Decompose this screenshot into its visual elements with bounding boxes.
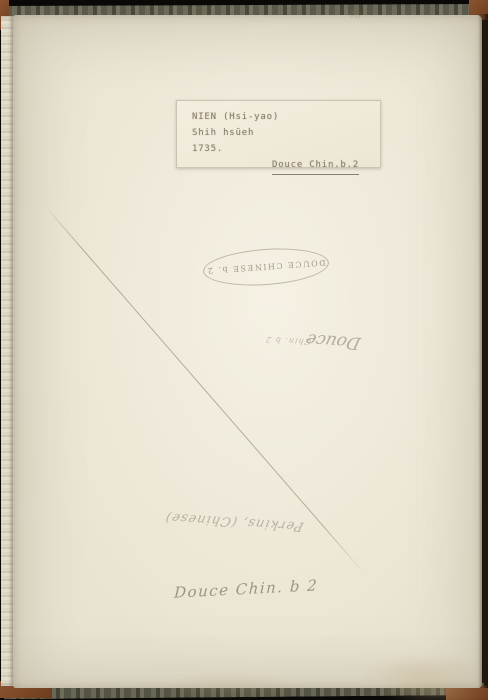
- oval-shelfmark-stamp: DOUCE CHINESE b. 2: [202, 245, 330, 290]
- leather-corner-bottom-right: [446, 686, 488, 700]
- flyleaf-page: NIEN (Hsi-yao) Shih hsüeh 1735. Douce Ch…: [13, 15, 482, 688]
- stamp-text: DOUCE CHINESE b. 2: [206, 258, 326, 275]
- book-right-edge-shadow: [478, 14, 488, 688]
- label-title-line: Shih hsüeh: [192, 125, 370, 141]
- label-shelfmark: Douce Chin.b.2: [272, 157, 359, 175]
- label-author-line: NIEN (Hsi-yao): [192, 109, 370, 125]
- book-photo: NIEN (Hsi-yao) Shih hsüeh 1735. Douce Ch…: [0, 0, 488, 700]
- typed-catalogue-label: NIEN (Hsi-yao) Shih hsüeh 1735. Douce Ch…: [176, 100, 381, 168]
- pencil-inscription-lower: Perkins, (Chinese): [163, 509, 305, 533]
- pencil-inscription-middle: Douce: [304, 329, 363, 353]
- pencil-corner-mark: 46: [348, 10, 361, 22]
- label-year-line: 1735.: [192, 141, 370, 157]
- pencil-inscription-middle-small: Chin. b 2: [264, 335, 311, 346]
- pencil-shelfmark-bottom: Douce Chin. b 2: [174, 576, 319, 602]
